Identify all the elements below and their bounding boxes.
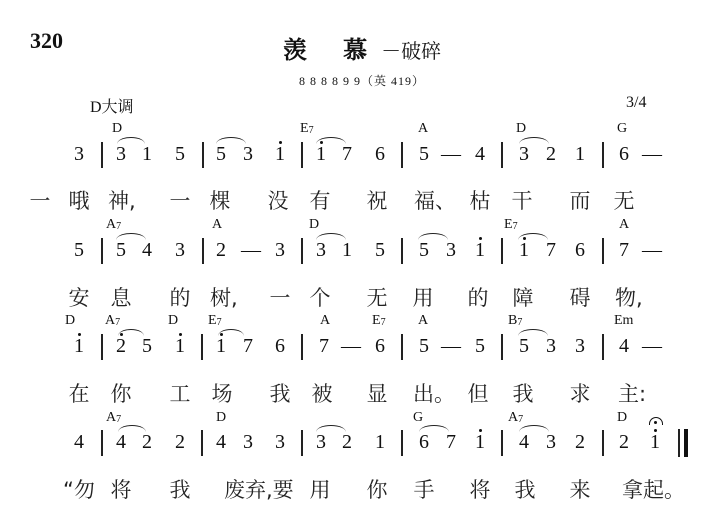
octave-dot — [179, 333, 182, 336]
note: 7 — [314, 335, 334, 358]
note: 1 — [211, 335, 231, 358]
lyric-syllable: 我 — [265, 378, 295, 408]
key-signature: D大调 — [90, 94, 134, 117]
note: 5 — [370, 239, 390, 262]
note: 4 — [137, 239, 157, 262]
note: 6 — [614, 143, 634, 166]
slur — [418, 233, 448, 240]
bar-line — [101, 430, 103, 456]
chord-symbol: E7 — [208, 313, 222, 329]
note: 1 — [370, 431, 390, 454]
title-main: 羡 慕 — [283, 36, 381, 64]
lyric-syllable: 一 — [265, 282, 295, 312]
lyric-syllable: 哦 — [64, 185, 94, 215]
note: 4 — [514, 431, 534, 454]
bar-line — [501, 430, 503, 456]
slur — [118, 329, 144, 336]
chord-symbol: G — [413, 410, 423, 426]
note: 5 — [137, 335, 157, 358]
final-bar-line — [678, 429, 686, 457]
bar-line — [201, 334, 203, 360]
lyric-syllable: “勿 — [63, 474, 95, 504]
note: 4 — [69, 431, 89, 454]
bar-line — [602, 430, 604, 456]
note: 5 — [170, 143, 190, 166]
chord-symbol: A — [418, 121, 428, 137]
hold-dash: — — [642, 143, 662, 166]
lyric-syllable: 物, — [615, 282, 643, 312]
lyric-syllable: 将 — [465, 474, 495, 504]
lyric-syllable: 你 — [106, 378, 136, 408]
note: 3 — [238, 143, 258, 166]
slur — [519, 425, 549, 432]
note: 4 — [211, 431, 231, 454]
note: 1 — [311, 143, 331, 166]
slur — [518, 233, 548, 240]
lyric-syllable: 安 — [64, 282, 94, 312]
lyric-syllable: 我 — [508, 378, 538, 408]
lyric-syllable: 没 — [263, 185, 293, 215]
slur — [316, 233, 346, 240]
chord-symbol: A — [619, 217, 629, 233]
note: 1 — [137, 143, 157, 166]
slur — [116, 233, 146, 240]
slur — [117, 137, 145, 144]
note: 2 — [137, 431, 157, 454]
hymn-title: 羡 慕－破碎 — [0, 30, 724, 65]
chord-symbol: A7 — [508, 410, 523, 426]
lyric-syllable: 一 — [25, 185, 55, 215]
slur — [218, 329, 244, 336]
bar-line — [501, 334, 503, 360]
bar-line — [501, 142, 503, 168]
bar-line — [201, 430, 203, 456]
note: 6 — [370, 143, 390, 166]
lyric-syllable: 棵 — [205, 185, 235, 215]
lyric-syllable: 障 — [508, 282, 538, 312]
bar-line — [401, 430, 403, 456]
chord-symbol: D — [617, 410, 627, 426]
bar-line — [301, 334, 303, 360]
lyric-syllable: 废弃,要 — [224, 474, 294, 504]
chord-symbol: D — [168, 313, 178, 329]
note: 6 — [270, 335, 290, 358]
hold-dash: — — [441, 335, 461, 358]
lyric-syllable: 被 — [307, 378, 337, 408]
lyric-syllable: 息 — [106, 282, 136, 312]
note: 7 — [337, 143, 357, 166]
note: 1 — [514, 239, 534, 262]
note: 2 — [570, 431, 590, 454]
note: 1 — [337, 239, 357, 262]
bar-line — [301, 430, 303, 456]
note: 2 — [614, 431, 634, 454]
note: 5 — [470, 335, 490, 358]
chord-symbol: A — [212, 217, 222, 233]
lyric-syllable: 福、 — [414, 185, 456, 215]
hold-dash: — — [441, 143, 461, 166]
bar-line — [602, 238, 604, 264]
chord-symbol: A — [418, 313, 428, 329]
chord-symbol: A7 — [106, 410, 121, 426]
note: 3 — [541, 431, 561, 454]
note: 5 — [414, 143, 434, 166]
octave-dot — [78, 333, 81, 336]
note: 4 — [111, 431, 131, 454]
bar-line — [401, 238, 403, 264]
note: 3 — [69, 143, 89, 166]
slur — [518, 329, 548, 336]
note: 3 — [170, 239, 190, 262]
fermata-icon — [649, 417, 663, 425]
note: 3 — [441, 239, 461, 262]
note: 3 — [111, 143, 131, 166]
lyric-syllable: 树, — [210, 282, 238, 312]
bar-line — [301, 238, 303, 264]
note: 3 — [270, 431, 290, 454]
meter-line: 8 8 8 8 9 9（英 419） — [0, 72, 724, 89]
bar-line — [501, 238, 503, 264]
note: 3 — [311, 431, 331, 454]
lyric-syllable: 的 — [165, 282, 195, 312]
chord-symbol: E7 — [300, 121, 314, 137]
note: 6 — [570, 239, 590, 262]
note: 6 — [414, 431, 434, 454]
note: 1 — [645, 431, 665, 454]
note: 7 — [541, 239, 561, 262]
note: 5 — [211, 143, 231, 166]
time-signature: 3/4 — [626, 94, 646, 112]
note: 2 — [111, 335, 131, 358]
lyric-syllable: 的 — [463, 282, 493, 312]
chord-symbol: D — [309, 217, 319, 233]
chord-symbol: A — [320, 313, 330, 329]
slur — [419, 425, 449, 432]
chord-symbol: G — [617, 121, 627, 137]
note: 1 — [570, 143, 590, 166]
note: 2 — [211, 239, 231, 262]
note: 1 — [470, 431, 490, 454]
title-subtitle: －破碎 — [381, 39, 441, 63]
note: 4 — [614, 335, 634, 358]
lyric-syllable: 但 — [463, 378, 493, 408]
bar-line — [602, 142, 604, 168]
note: 5 — [69, 239, 89, 262]
note: 1 — [270, 143, 290, 166]
hold-dash: — — [241, 239, 261, 262]
lyric-syllable: 手 — [409, 474, 439, 504]
bar-line — [301, 142, 303, 168]
lyric-syllable: 祝 — [362, 185, 392, 215]
slur — [519, 137, 549, 144]
octave-dot — [479, 237, 482, 240]
lyric-syllable: 个 — [305, 282, 335, 312]
note: 7 — [614, 239, 634, 262]
hold-dash: — — [642, 239, 662, 262]
note: 1 — [470, 239, 490, 262]
octave-dot — [279, 141, 282, 144]
note: 2 — [170, 431, 190, 454]
lyric-syllable: 场 — [207, 378, 237, 408]
chord-symbol: D — [216, 410, 226, 426]
lyric-syllable: 显 — [362, 378, 392, 408]
chord-symbol: E7 — [504, 217, 518, 233]
note: 5 — [414, 239, 434, 262]
lyric-syllable: 将 — [106, 474, 136, 504]
note: 3 — [311, 239, 331, 262]
lyric-syllable: 干 — [507, 185, 537, 215]
chord-symbol: B7 — [508, 313, 522, 329]
bar-line — [401, 142, 403, 168]
note: 1 — [69, 335, 89, 358]
note: 4 — [470, 143, 490, 166]
chord-symbol: D — [516, 121, 526, 137]
lyric-syllable: 我 — [510, 474, 540, 504]
note: 2 — [337, 431, 357, 454]
note: 3 — [541, 335, 561, 358]
note: 5 — [111, 239, 131, 262]
chord-symbol: D — [112, 121, 122, 137]
chord-symbol: E7 — [372, 313, 386, 329]
note: 3 — [514, 143, 534, 166]
slur — [118, 425, 146, 432]
hold-dash: — — [341, 335, 361, 358]
slur — [316, 425, 346, 432]
note: 3 — [238, 431, 258, 454]
lyric-syllable: 工 — [165, 378, 195, 408]
lyric-syllable: 碍 — [565, 282, 595, 312]
lyric-syllable: 用 — [305, 474, 335, 504]
chord-symbol: Em — [614, 313, 633, 329]
bar-line — [202, 238, 204, 264]
slur — [216, 137, 246, 144]
note: 1 — [170, 335, 190, 358]
note: 6 — [370, 335, 390, 358]
note: 5 — [414, 335, 434, 358]
lyric-syllable: 主: — [618, 378, 646, 408]
bar-line — [101, 334, 103, 360]
bar-line — [101, 238, 103, 264]
lyric-syllable: 神, — [108, 185, 136, 215]
note: 5 — [514, 335, 534, 358]
lyric-syllable: 我 — [165, 474, 195, 504]
lyric-syllable: 拿起。 — [622, 474, 685, 504]
lyric-syllable: 出。 — [413, 378, 455, 408]
note: 2 — [541, 143, 561, 166]
chord-symbol: D — [65, 313, 75, 329]
note: 3 — [570, 335, 590, 358]
lyric-syllable: 用 — [408, 282, 438, 312]
bar-line — [101, 142, 103, 168]
note: 7 — [238, 335, 258, 358]
lyric-syllable: 无 — [609, 185, 639, 215]
lyric-syllable: 而 — [565, 185, 595, 215]
lyric-syllable: 求 — [565, 378, 595, 408]
lyric-syllable: 你 — [362, 474, 392, 504]
lyric-syllable: 在 — [64, 378, 94, 408]
bar-line — [401, 334, 403, 360]
lyric-syllable: 一 — [165, 185, 195, 215]
octave-dot — [654, 429, 657, 432]
bar-line — [602, 334, 604, 360]
note: 7 — [441, 431, 461, 454]
slur — [316, 137, 346, 144]
note: 3 — [270, 239, 290, 262]
chord-symbol: A7 — [105, 313, 120, 329]
lyric-syllable: 枯 — [465, 185, 495, 215]
chord-symbol: A7 — [106, 217, 121, 233]
octave-dot — [479, 429, 482, 432]
hold-dash: — — [642, 335, 662, 358]
lyric-syllable: 来 — [565, 474, 595, 504]
lyric-syllable: 无 — [362, 282, 392, 312]
bar-line — [202, 142, 204, 168]
lyric-syllable: 有 — [305, 185, 335, 215]
